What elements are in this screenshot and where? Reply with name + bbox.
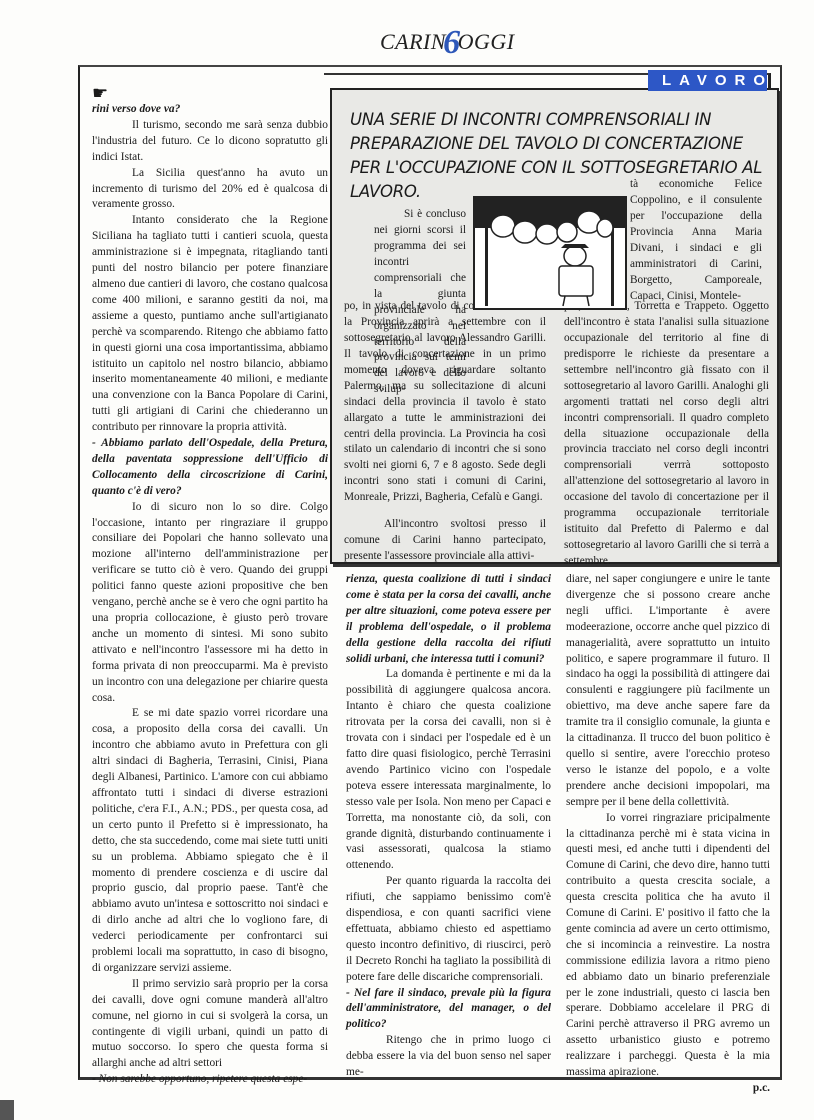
masthead-logo: CARIN6OGGI bbox=[380, 20, 515, 58]
paragraph: La Sicilia quest'anno ha avuto un increm… bbox=[92, 166, 328, 214]
box-body-right: pre, Partinico, Torretta e Trappeto. Ogg… bbox=[564, 288, 769, 581]
box-body-left: po, in vista del tavolo di concertazione… bbox=[344, 288, 546, 576]
paragraph: Io di sicuro non lo so dire. Colgo l'occ… bbox=[92, 500, 328, 707]
paragraph: Per quanto riguarda la raccolta dei rifi… bbox=[346, 874, 551, 985]
lavoro-news-box: LAVORO UNA SERIE DI INCONTRI COMPRENSORI… bbox=[330, 88, 779, 564]
interview-question: rienza, questa coalizione di tutti i sin… bbox=[346, 572, 551, 667]
pointing-hand-icon: ☛ bbox=[92, 84, 328, 102]
paragraph: pre, Partinico, Torretta e Trappeto. Ogg… bbox=[564, 299, 769, 569]
question-continued: rini verso dove va? bbox=[92, 102, 328, 118]
paragraph: All'incontro svoltosi presso il comune d… bbox=[344, 517, 546, 565]
paragraph: po, in vista del tavolo di concertazione… bbox=[344, 299, 546, 506]
interview-question: - Non sarebbe opportuno, ripetere questa… bbox=[92, 1072, 328, 1088]
cartoon-illustration-icon bbox=[473, 196, 627, 310]
paragraph: Il turismo, secondo me sarà senza dubbio… bbox=[92, 118, 328, 166]
paragraph: tà economiche Felice Coppolino, e il con… bbox=[630, 177, 762, 304]
left-column: ☛ rini verso dove va? Il turismo, second… bbox=[92, 84, 328, 1088]
interview-question: - Abbiamo parlato dell'Ospedale, della P… bbox=[92, 436, 328, 500]
author-signature: p.c. bbox=[566, 1081, 770, 1097]
paragraph: E se mi date spazio vorrei ricordare una… bbox=[92, 706, 328, 976]
paragraph: Intanto considerato che la Regione Sicil… bbox=[92, 213, 328, 436]
section-tag-lavoro: LAVORO bbox=[648, 70, 767, 91]
paragraph: diare, nel saper congiungere e unire le … bbox=[566, 572, 770, 811]
paragraph: Il primo servizio sarà proprio per la co… bbox=[92, 977, 328, 1072]
middle-column: rienza, questa coalizione di tutti i sin… bbox=[346, 572, 551, 1081]
cartoon-figures-icon bbox=[475, 198, 625, 308]
paragraph: Io vorrei ringraziare pricipalmente la c… bbox=[566, 811, 770, 1081]
interview-question: - Nel fare il sindaco, prevale più la fi… bbox=[346, 986, 551, 1034]
paragraph: Ritengo che in primo luogo ci debba esse… bbox=[346, 1033, 551, 1081]
scan-edge-mark bbox=[0, 1100, 14, 1120]
paragraph: La domanda è pertinente e mi da la possi… bbox=[346, 667, 551, 874]
masthead-left: CARIN bbox=[380, 29, 446, 54]
right-column: diare, nel saper congiungere e unire le … bbox=[566, 572, 770, 1097]
masthead-right: OGGI bbox=[458, 29, 515, 54]
masthead-number: 6 bbox=[443, 24, 461, 61]
